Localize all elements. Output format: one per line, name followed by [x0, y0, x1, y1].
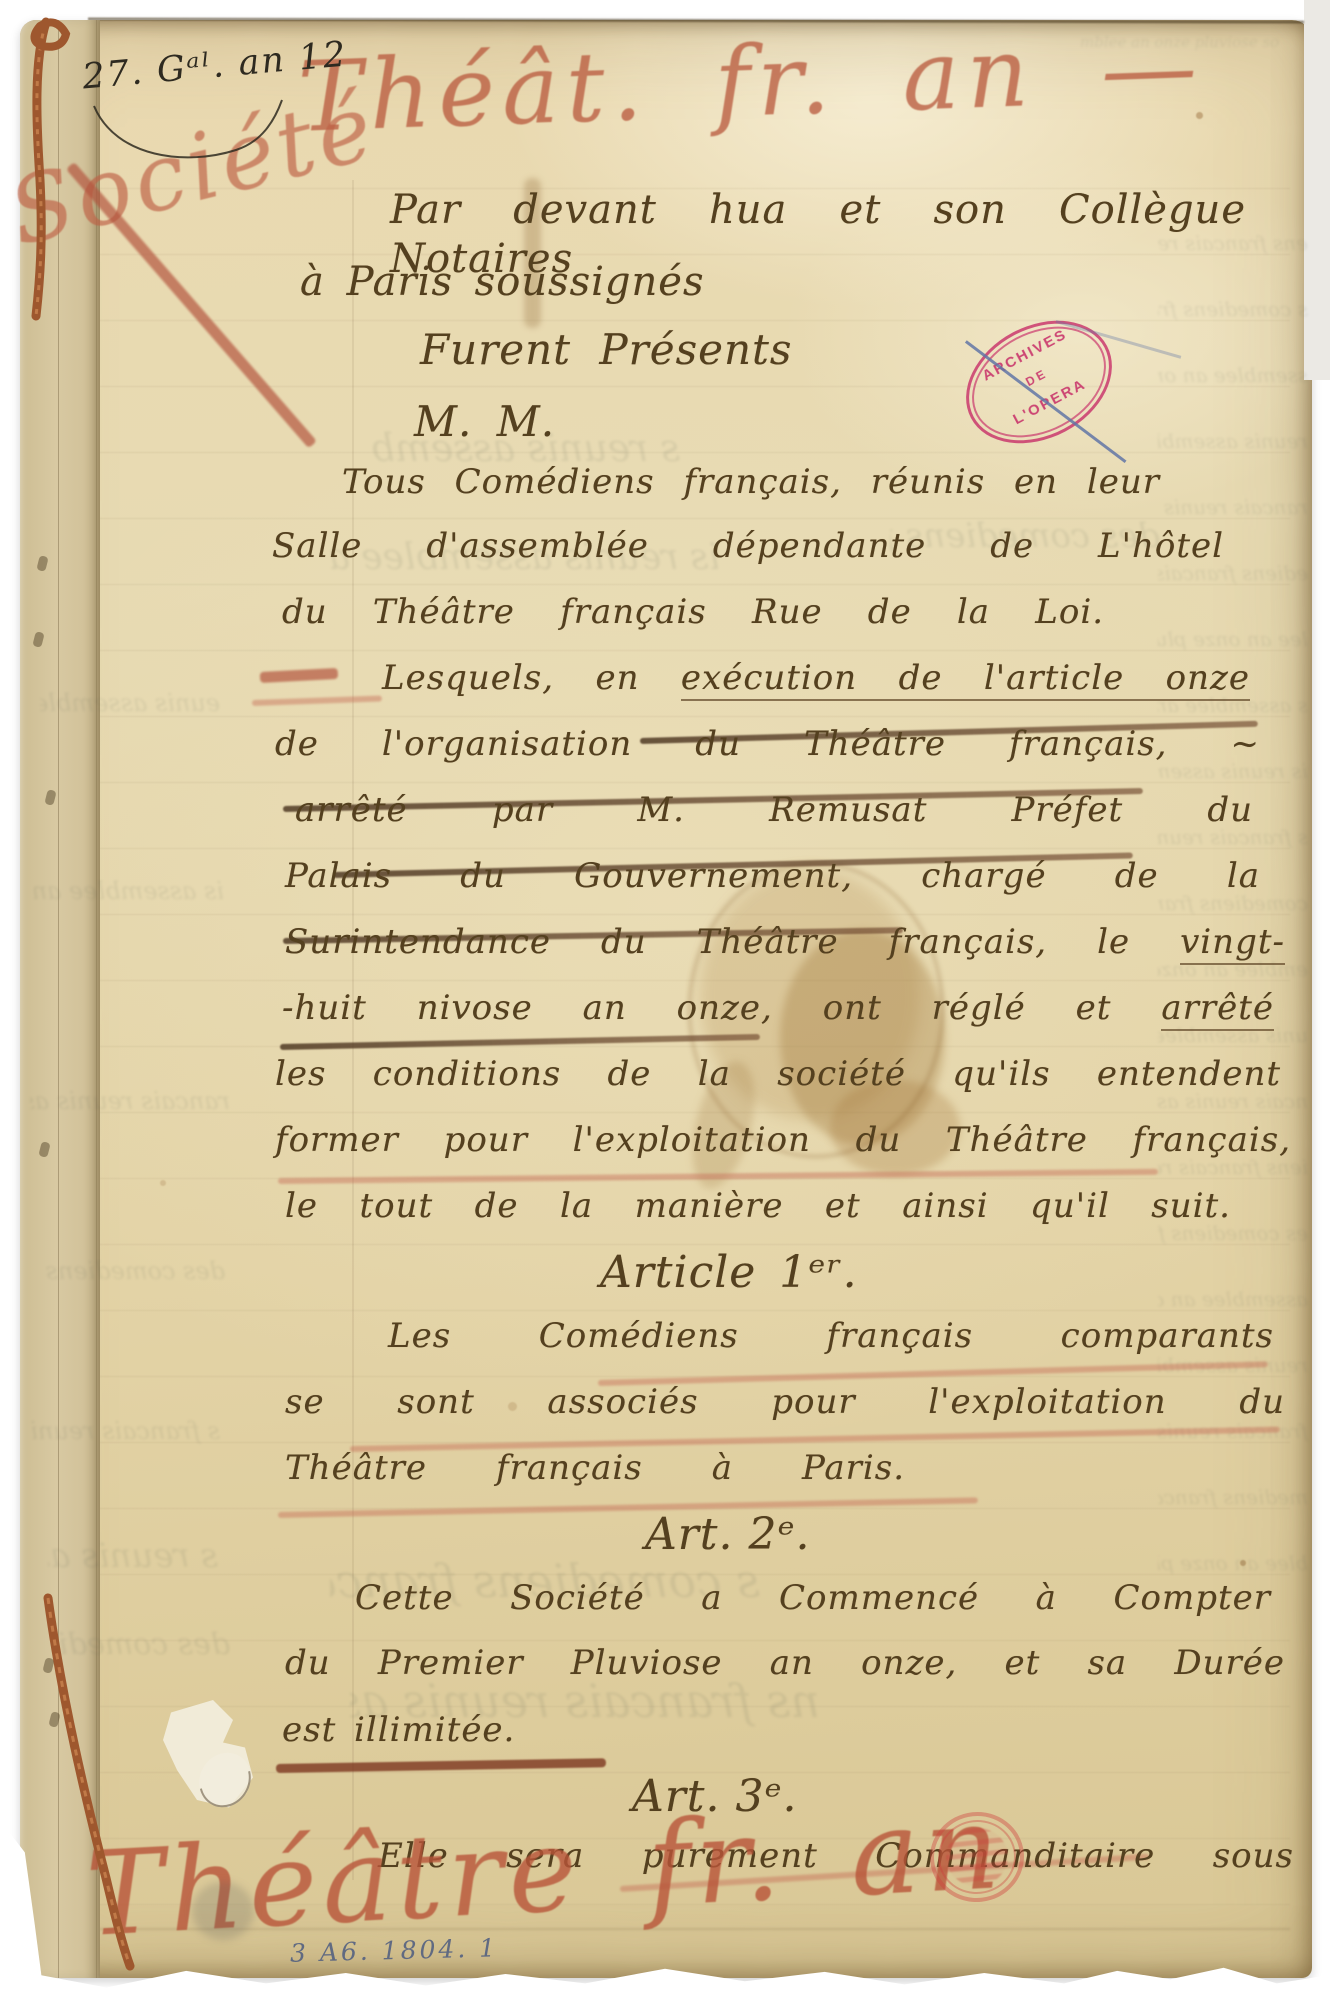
manuscript-line-17: Article 1ᵉʳ. — [600, 1246, 858, 1300]
bleed-through-ghost-text: reunis assemblee an onze pluviose societ… — [1158, 430, 1308, 457]
manuscript-text: Surintendance du Théâtre français, le — [285, 922, 1180, 962]
manuscript-line-3: Furent Présents — [420, 324, 793, 375]
manuscript-line-7: du Théâtre français Rue de la Loi. — [282, 592, 1104, 633]
manuscript-text: Théâtre français à Paris. — [285, 1448, 905, 1488]
scanned-manuscript: ens francais reunis assemblee an onze pl… — [0, 0, 1330, 2000]
manuscript-text: se sont associés pour l'exploitation du — [285, 1382, 1285, 1422]
manuscript-line-2: à Paris soussignés — [300, 258, 704, 307]
manuscript-line-14: les conditions de la société qu'ils ente… — [275, 1054, 1281, 1095]
manuscript-text: les conditions de la société qu'ils ente… — [275, 1054, 1281, 1094]
manuscript-line-15: former pour l'exploitation du Théâtre fr… — [275, 1120, 1291, 1161]
manuscript-line-20: Théâtre français à Paris. — [285, 1448, 905, 1489]
manuscript-line-13: -huit nivose an onze, ont réglé et arrêt… — [282, 988, 1274, 1029]
manuscript-text: M. M. — [414, 397, 555, 446]
grey-smudge — [192, 1882, 254, 1940]
manuscript-line-19: se sont associés pour l'exploitation du — [285, 1382, 1285, 1423]
bleed-through-ghost-text: blee an onze pluviose societe theatre ex… — [1158, 1552, 1308, 1579]
vertical-crease — [352, 180, 354, 1880]
manuscript-line-12: Surintendance du Théâtre français, le vi… — [285, 922, 1285, 963]
manuscript-text: Les Comédiens français comparants — [388, 1316, 1274, 1356]
manuscript-line-9: de l'organisation du Théâtre français, ~ — [275, 724, 1260, 765]
bleed-through-ghost-text: lee an onze pluviose societe theatre exp… — [1158, 628, 1308, 655]
manuscript-text: -huit nivose an onze, ont réglé et — [282, 988, 1161, 1028]
manuscript-text: du Théâtre français Rue de la Loi. — [282, 592, 1104, 632]
manuscript-text: Salle d'assemblée dépendante de L'hôtel — [272, 526, 1224, 566]
manuscript-text: Article 1ᵉʳ. — [600, 1247, 858, 1298]
manuscript-line-10: arrêté par M. Remusat Préfet du — [295, 790, 1253, 831]
manuscript-text: Cette Société a Commencé à Compter — [355, 1578, 1271, 1618]
manuscript-line-22: Cette Société a Commencé à Compter — [355, 1578, 1271, 1619]
manuscript-line-5: Tous Comédiens français, réunis en leur — [342, 462, 1160, 503]
manuscript-text: Lesquels, en — [382, 658, 681, 698]
bleed-through-ghost-text: mediens francais reunis assemblee an onz… — [1158, 1486, 1308, 1513]
underlined-phrase: exécution de l'article onze — [681, 658, 1250, 701]
manuscript-text: à Paris soussignés — [300, 259, 704, 305]
manuscript-text: Furent Présents — [420, 325, 793, 374]
manuscript-text: est illimitée. — [282, 1710, 515, 1750]
bleed-through-ghost-text: s comediens francais reunis assemblee an… — [1158, 298, 1308, 325]
manuscript-text: Palais du Gouvernement, chargé de la — [285, 856, 1260, 896]
manuscript-text: le tout de la manière et ainsi qu'il sui… — [285, 1186, 1231, 1226]
round-red-stamp — [926, 1807, 1029, 1906]
manuscript-text: arrêté par M. Remusat Préfet du — [295, 790, 1253, 830]
underlined-phrase: vingt- — [1180, 922, 1285, 965]
manuscript-text: de l'organisation du Théâtre français, ~ — [275, 724, 1260, 764]
manuscript-line-24: est illimitée. — [282, 1710, 515, 1751]
pencil-shelfmark: 3 A6. 1804. 1 — [290, 1933, 499, 1967]
binding-threads — [0, 0, 180, 2000]
manuscript-text: du Premier Pluviose an onze, et sa Durée — [285, 1643, 1285, 1683]
manuscript-line-4: M. M. — [414, 396, 555, 447]
manuscript-line-6: Salle d'assemblée dépendante de L'hôtel — [272, 526, 1224, 567]
manuscript-text: Tous Comédiens français, réunis en leur — [342, 462, 1160, 502]
bleed-through-ghost-text: rancais reunis assemblee an onze pluvios… — [1158, 496, 1308, 523]
manuscript-line-23: du Premier Pluviose an onze, et sa Durée — [285, 1643, 1285, 1684]
manuscript-line-8: Lesquels, en exécution de l'article onze — [382, 658, 1250, 699]
manuscript-line-18: Les Comédiens français comparants — [388, 1316, 1274, 1357]
bleed-through-ghost-text: assemblee an onze pluviose societe theat… — [1158, 1288, 1308, 1315]
bleed-through-ghost-text: ssemblee an onze pluviose societe theatr… — [1158, 364, 1308, 391]
manuscript-text: Art. 2ᵉ. — [645, 1509, 810, 1560]
manuscript-line-21: Art. 2ᵉ. — [645, 1508, 810, 1562]
manuscript-line-11: Palais du Gouvernement, chargé de la — [285, 856, 1260, 897]
underlined-phrase: arrêté — [1161, 988, 1274, 1031]
manuscript-text: former pour l'exploitation du Théâtre fr… — [275, 1120, 1291, 1160]
manuscript-line-16: le tout de la manière et ainsi qu'il sui… — [285, 1186, 1231, 1227]
